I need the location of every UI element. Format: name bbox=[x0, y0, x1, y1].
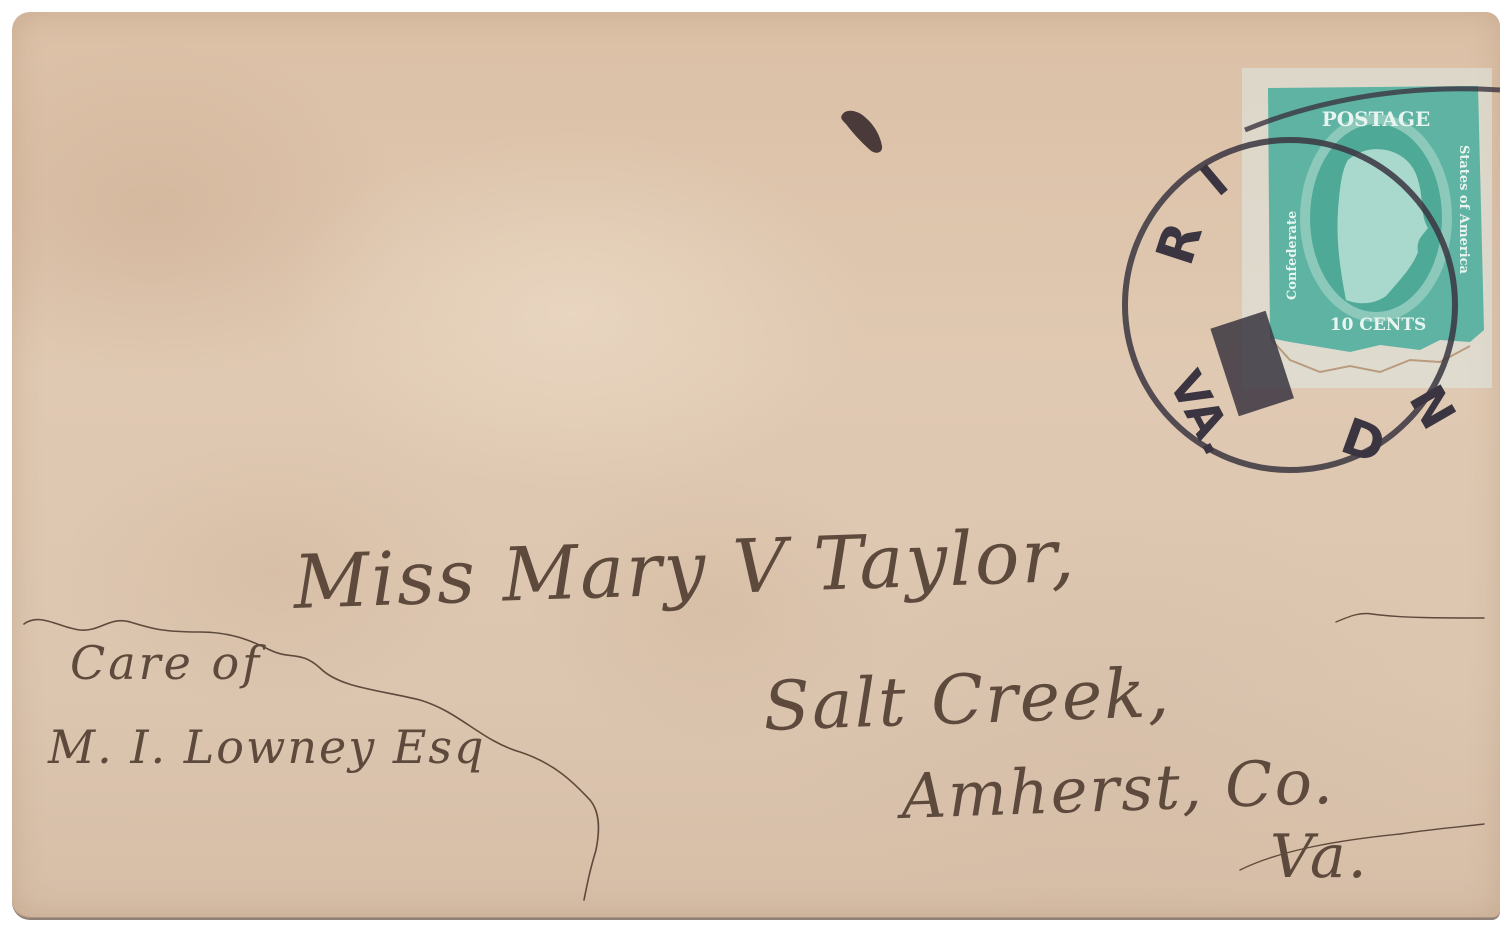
postmark-letter-d: D bbox=[1334, 407, 1393, 476]
stamp-bottom-label: 10 CENTS bbox=[1330, 315, 1427, 335]
address-line-town: Salt Creek, bbox=[762, 654, 1172, 747]
address-line-state: Va. bbox=[1270, 822, 1369, 892]
stamp-right-label: States of America bbox=[1456, 145, 1471, 275]
address-line-county: Amherst, Co. bbox=[900, 745, 1336, 833]
care-of-name: M. I. Lowney Esq bbox=[48, 720, 485, 774]
care-of-label: Care of bbox=[70, 636, 262, 690]
flourish-line-right bbox=[1336, 613, 1484, 622]
postmark-letter-i: I bbox=[1190, 154, 1238, 206]
postmark-letter-r: R bbox=[1145, 215, 1214, 272]
stamp-left-label: Confederate bbox=[1285, 211, 1300, 300]
ink-blot bbox=[841, 111, 882, 153]
stamp-top-label: POSTAGE bbox=[1322, 107, 1431, 131]
